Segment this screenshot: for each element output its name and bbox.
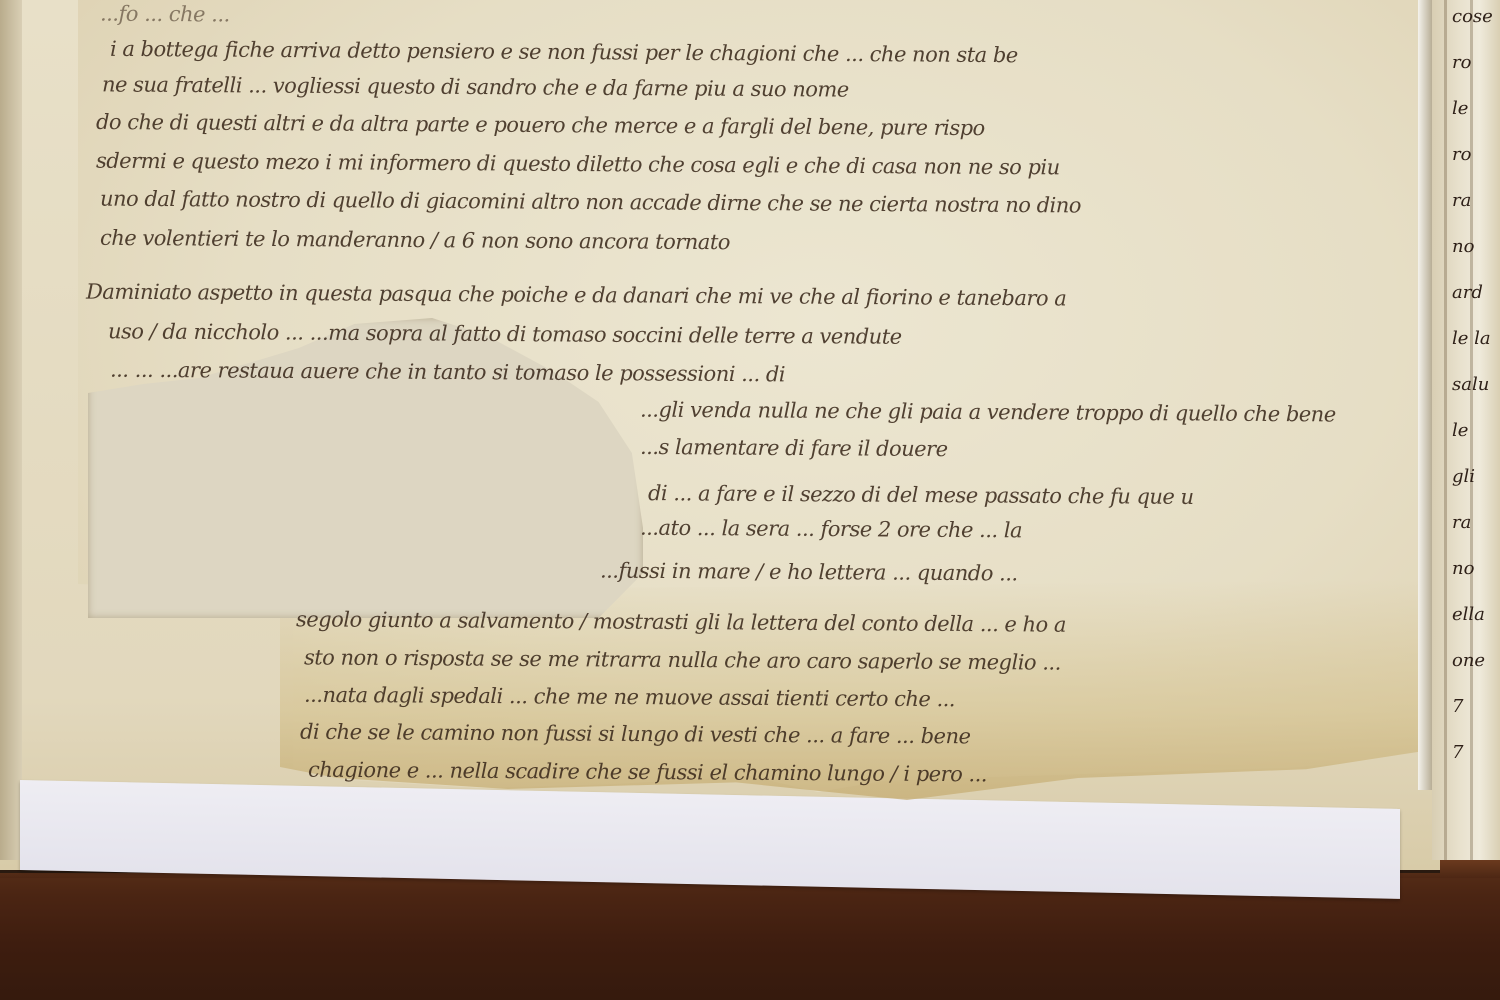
margin-fragment: no	[1452, 558, 1474, 579]
margin-fragment: le la	[1452, 328, 1491, 349]
manuscript-line: ...s lamentare di fare il douere	[640, 435, 948, 461]
manuscript-photo: ...fo ... che ... i a bottega fiche arri…	[0, 0, 1500, 1000]
margin-fragment: salu	[1452, 374, 1489, 395]
margin-fragment: gli	[1452, 466, 1475, 487]
margin-fragment: no	[1452, 236, 1474, 257]
manuscript-line: ...fussi in mare / e ho lettera ... quan…	[600, 559, 1018, 586]
manuscript-line: di che se le camino non fussi si lungo d…	[300, 720, 971, 749]
manuscript-line: ...gli venda nulla ne che gli paia a ven…	[640, 398, 1336, 427]
manuscript-line: ...fo ... che ...	[100, 2, 230, 27]
manuscript-line: di ... a fare e il sezzo di del mese pas…	[648, 481, 1194, 509]
manuscript-line: ... ... ...are restaua auere che in tant…	[110, 358, 785, 387]
margin-fragment: cose	[1452, 6, 1493, 27]
margin-fragment: ro	[1452, 144, 1471, 165]
margin-fragment: ard	[1452, 282, 1483, 303]
margin-fragment: 7	[1452, 742, 1463, 763]
margin-fragment: ro	[1452, 52, 1471, 73]
margin-fragment: ra	[1452, 190, 1471, 211]
margin-fragment: one	[1452, 650, 1485, 671]
manuscript-line: ...ato ... la sera ... forse 2 ore che .…	[640, 516, 1022, 543]
manuscript-line: ...nata dagli spedali ... che me ne muov…	[304, 683, 955, 712]
margin-fragment: 7	[1452, 696, 1463, 717]
margin-fragment: ra	[1452, 512, 1471, 533]
margin-fragment: ella	[1452, 604, 1485, 625]
margin-fragment: le	[1452, 98, 1468, 119]
margin-fragment: le	[1452, 420, 1468, 441]
manuscript-line: chagione e ... nella scadire che se fuss…	[308, 758, 987, 787]
manuscript-line: che volentieri te lo manderanno / a 6 no…	[100, 226, 730, 254]
page-edge-left	[0, 0, 22, 860]
leaf-right-edge	[1418, 0, 1432, 790]
